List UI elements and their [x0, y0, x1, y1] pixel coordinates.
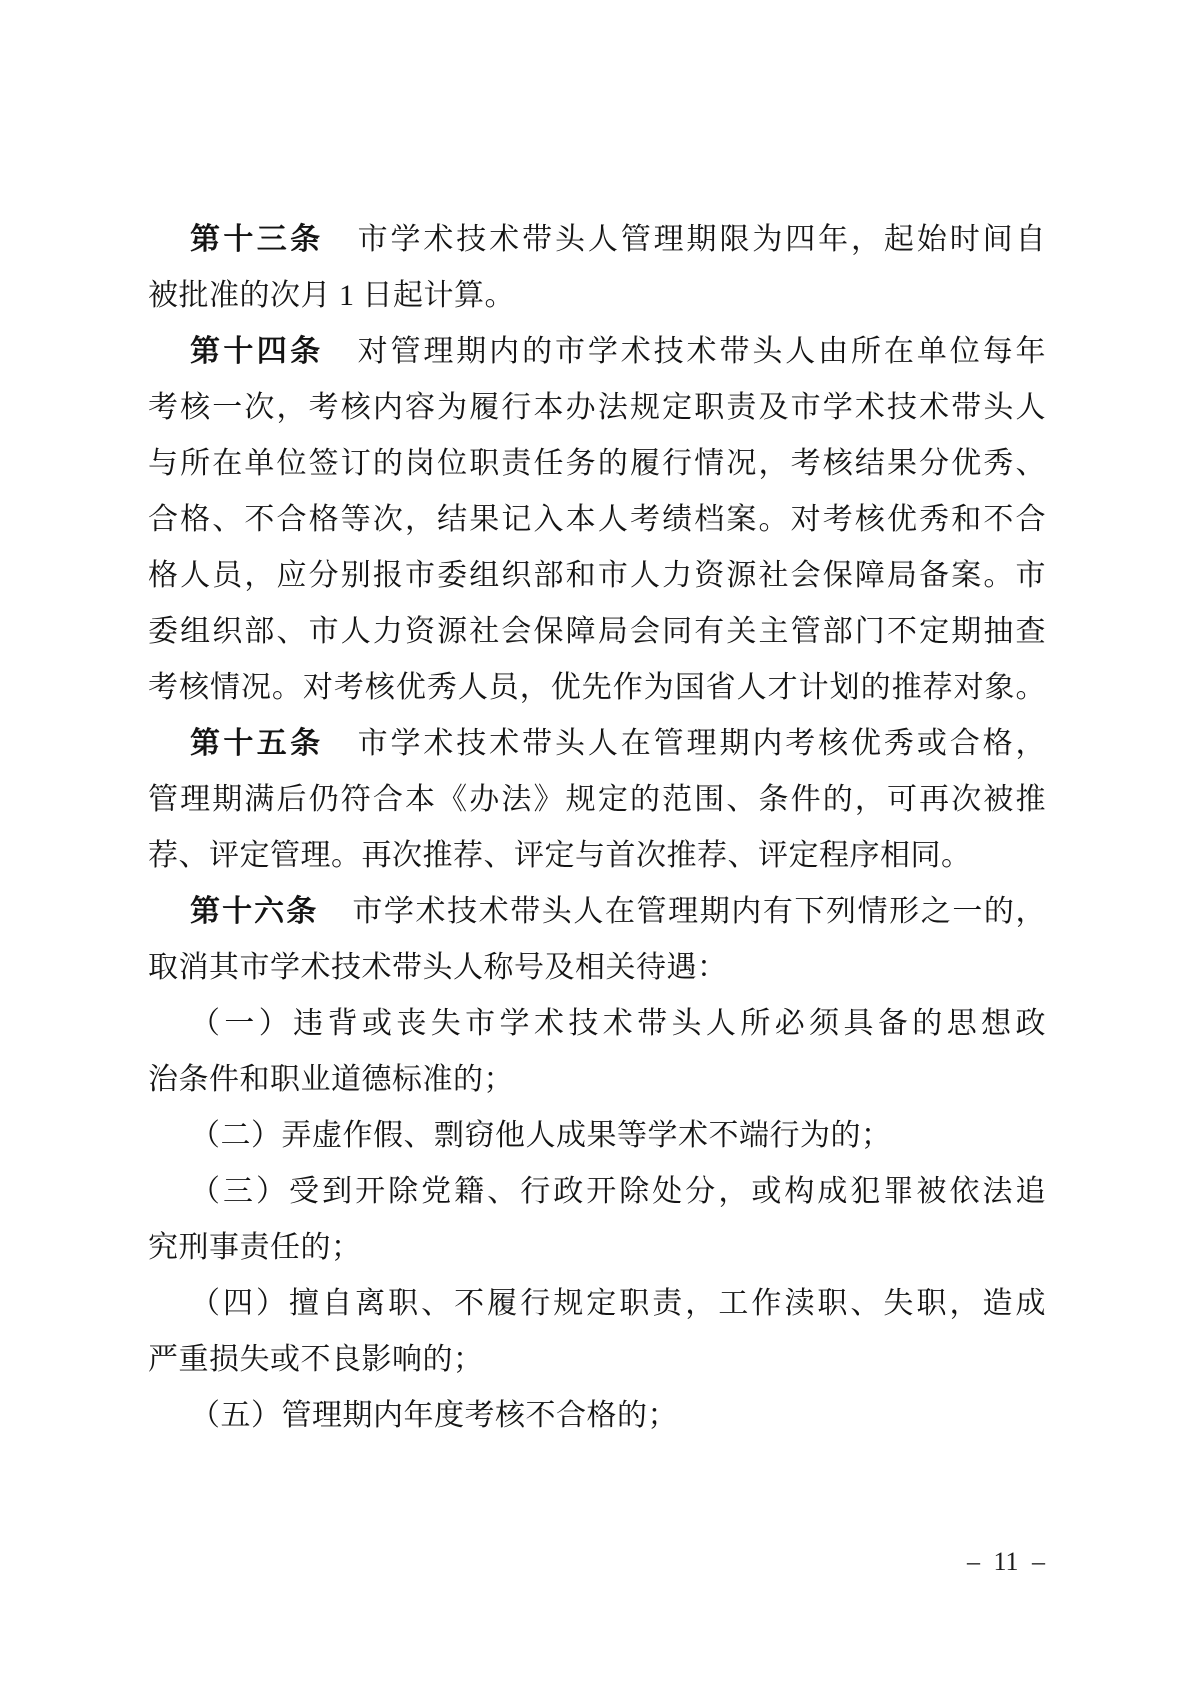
page-number: – 11 –	[967, 1545, 1045, 1579]
line-text: 治条件和职业道德标准的；	[148, 1063, 514, 1096]
article-heading: 第十六条	[190, 895, 318, 928]
line-text: （五）管理期内年度考核不合格的；	[190, 1399, 678, 1432]
line-text: （一）违背或丧失市学术技术带头人所必须具备的思想政	[190, 1007, 1046, 1040]
text-line: 第十四条对管理期内的市学术技术带头人由所在单位每年	[148, 324, 1046, 380]
line-text: 荐、评定管理。再次推荐、评定与首次推荐、评定程序相同。	[148, 839, 972, 872]
line-text: （四）擅自离职、不履行规定职责，工作渎职、失职，造成	[190, 1287, 1046, 1320]
text-line: 究刑事责任的；	[148, 1220, 1046, 1276]
line-text: 委组织部、市人力资源社会保障局会同有关主管部门不定期抽查	[148, 615, 1046, 648]
text-line: 被批准的次月 1 日起计算。	[148, 268, 1046, 324]
line-text: 合格、不合格等次，结果记入本人考绩档案。对考核优秀和不合	[148, 503, 1046, 536]
line-text: 被批准的次月 1 日起计算。	[148, 279, 515, 312]
text-line: （二）弄虚作假、剽窃他人成果等学术不端行为的；	[148, 1108, 1046, 1164]
text-line: 荐、评定管理。再次推荐、评定与首次推荐、评定程序相同。	[148, 828, 1046, 884]
line-text: 究刑事责任的；	[148, 1231, 362, 1264]
text-line: 考核情况。对考核优秀人员，优先作为国省人才计划的推荐对象。	[148, 660, 1046, 716]
text-line: 合格、不合格等次，结果记入本人考绩档案。对考核优秀和不合	[148, 492, 1046, 548]
line-text: （二）弄虚作假、剽窃他人成果等学术不端行为的；	[190, 1119, 892, 1152]
line-text: 考核情况。对考核优秀人员，优先作为国省人才计划的推荐对象。	[148, 671, 1046, 704]
text-line: 严重损失或不良影响的；	[148, 1332, 1046, 1388]
text-line: （一）违背或丧失市学术技术带头人所必须具备的思想政	[148, 996, 1046, 1052]
line-text: 考核一次，考核内容为履行本办法规定职责及市学术技术带头人	[148, 391, 1046, 424]
text-line: （四）擅自离职、不履行规定职责，工作渎职、失职，造成	[148, 1276, 1046, 1332]
text-line: 第十五条市学术技术带头人在管理期内考核优秀或合格，	[148, 716, 1046, 772]
text-line: 考核一次，考核内容为履行本办法规定职责及市学术技术带头人	[148, 380, 1046, 436]
line-text: 市学术技术带头人管理期限为四年，起始时间自	[358, 223, 1046, 256]
text-line: （三）受到开除党籍、行政开除处分，或构成犯罪被依法追	[148, 1164, 1046, 1220]
document-body: 第十三条市学术技术带头人管理期限为四年，起始时间自 被批准的次月 1 日起计算。…	[148, 212, 1046, 1444]
text-line: 管理期满后仍符合本《办法》规定的范围、条件的，可再次被推	[148, 772, 1046, 828]
text-line: 取消其市学术技术带头人称号及相关待遇：	[148, 940, 1046, 996]
line-text: 对管理期内的市学术技术带头人由所在单位每年	[358, 335, 1046, 368]
article-heading: 第十三条	[190, 223, 324, 256]
line-text: 严重损失或不良影响的；	[148, 1343, 484, 1376]
text-line: 治条件和职业道德标准的；	[148, 1052, 1046, 1108]
line-text: （三）受到开除党籍、行政开除处分，或构成犯罪被依法追	[190, 1175, 1046, 1208]
line-text: 市学术技术带头人在管理期内有下列情形之一的，	[352, 895, 1046, 928]
text-line: 与所在单位签订的岗位职责任务的履行情况，考核结果分优秀、	[148, 436, 1046, 492]
article-heading: 第十五条	[190, 727, 324, 760]
text-line: 格人员，应分别报市委组织部和市人力资源社会保障局备案。市	[148, 548, 1046, 604]
text-line: 第十三条市学术技术带头人管理期限为四年，起始时间自	[148, 212, 1046, 268]
text-line: 委组织部、市人力资源社会保障局会同有关主管部门不定期抽查	[148, 604, 1046, 660]
document-page: 第十三条市学术技术带头人管理期限为四年，起始时间自 被批准的次月 1 日起计算。…	[0, 0, 1191, 1684]
line-text: 管理期满后仍符合本《办法》规定的范围、条件的，可再次被推	[148, 783, 1046, 816]
line-text: 取消其市学术技术带头人称号及相关待遇：	[148, 951, 728, 984]
line-text: 市学术技术带头人在管理期内考核优秀或合格，	[358, 727, 1046, 760]
article-heading: 第十四条	[190, 335, 324, 368]
text-line: （五）管理期内年度考核不合格的；	[148, 1388, 1046, 1444]
line-text: 与所在单位签订的岗位职责任务的履行情况，考核结果分优秀、	[148, 447, 1046, 480]
line-text: 格人员，应分别报市委组织部和市人力资源社会保障局备案。市	[148, 559, 1046, 592]
text-line: 第十六条市学术技术带头人在管理期内有下列情形之一的，	[148, 884, 1046, 940]
